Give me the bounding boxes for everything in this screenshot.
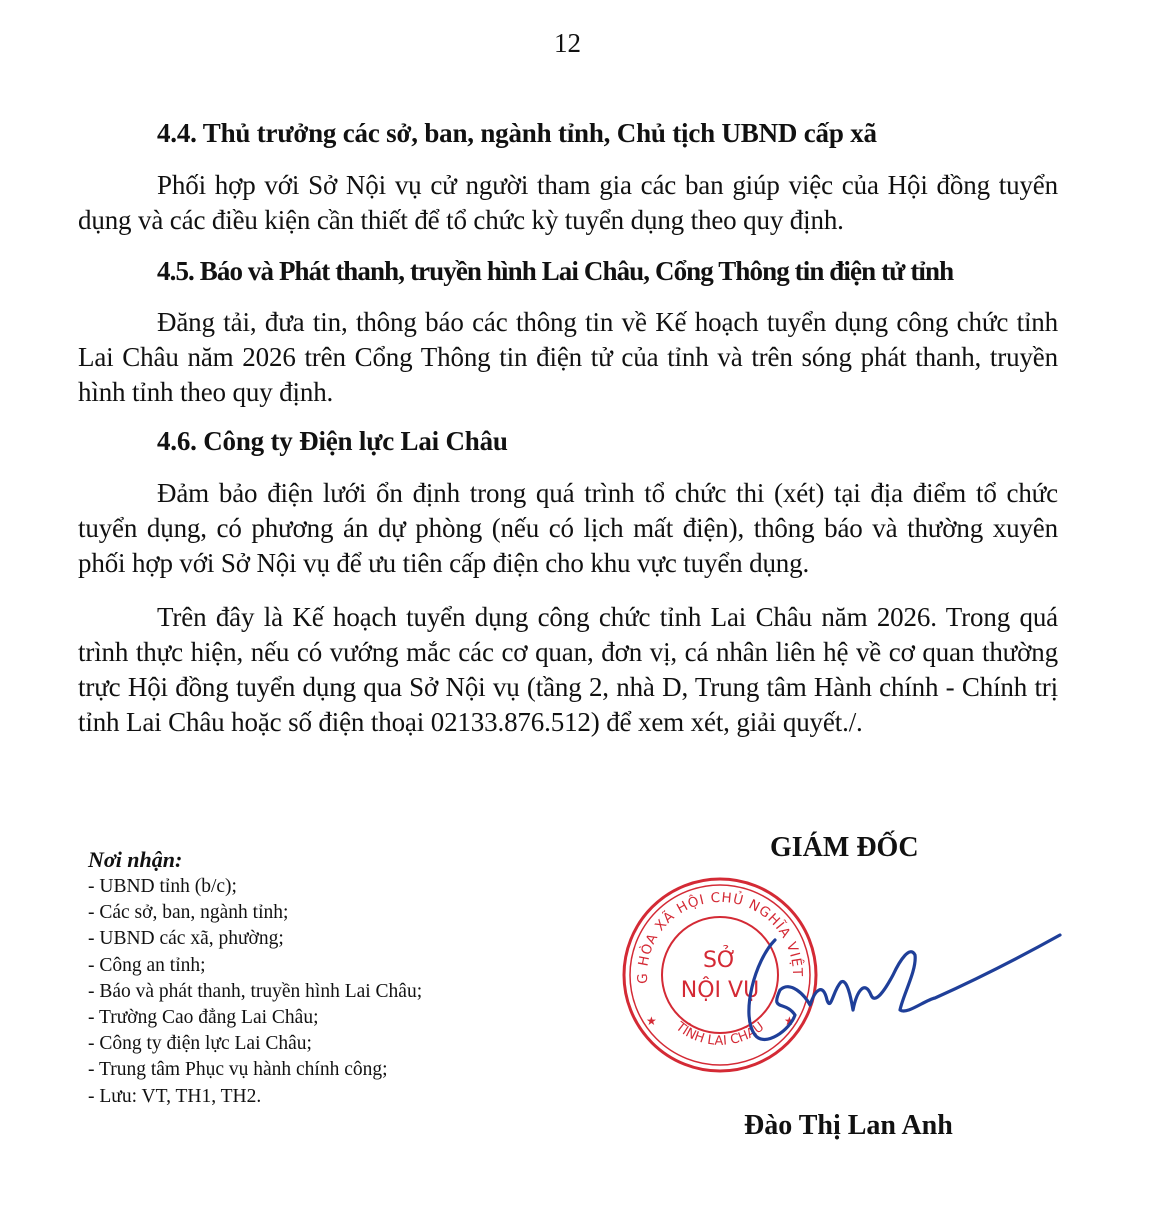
recipients-block: Nơi nhận: - UBND tỉnh (b/c); - Các sở, b…: [88, 846, 422, 1110]
section-heading-4-4: 4.4. Thủ trưởng các sở, ban, ngành tỉnh,…: [157, 118, 877, 149]
handwritten-signature: [735, 920, 1065, 1060]
section-body-4-6: Đảm bảo điện lưới ổn định trong quá trìn…: [78, 476, 1058, 581]
section-body-4-4: Phối hợp với Sở Nội vụ cử người tham gia…: [78, 168, 1058, 238]
recipient-item: - Trường Cao đẳng Lai Châu;: [88, 1005, 422, 1031]
section-heading-4-6: 4.6. Công ty Điện lực Lai Châu: [157, 426, 508, 457]
stamp-center-line1: SỞ: [703, 945, 737, 973]
recipients-title: Nơi nhận:: [88, 846, 422, 874]
recipient-item: - Lưu: VT, TH1, TH2.: [88, 1084, 422, 1110]
signer-title: GIÁM ĐỐC: [770, 832, 919, 864]
star-icon: ★: [646, 1014, 657, 1028]
section-body-4-5: Đăng tải, đưa tin, thông báo các thông t…: [78, 305, 1058, 410]
recipient-item: - Công an tỉnh;: [88, 953, 422, 979]
recipient-item: - UBND tỉnh (b/c);: [88, 874, 422, 900]
section-heading-4-5: 4.5. Báo và Phát thanh, truyền hình Lai …: [157, 256, 953, 287]
recipient-item: - Trung tâm Phục vụ hành chính công;: [88, 1057, 422, 1083]
recipients-list: - UBND tỉnh (b/c); - Các sở, ban, ngành …: [88, 874, 422, 1110]
signer-name: Đào Thị Lan Anh: [744, 1110, 953, 1142]
recipient-item: - Các sở, ban, ngành tỉnh;: [88, 900, 422, 926]
recipient-item: - Báo và phát thanh, truyền hình Lai Châ…: [88, 979, 422, 1005]
page-number: 12: [0, 28, 1135, 59]
recipient-item: - Công ty điện lực Lai Châu;: [88, 1031, 422, 1057]
recipient-item: - UBND các xã, phường;: [88, 926, 422, 952]
closing-paragraph: Trên đây là Kế hoạch tuyển dụng công chứ…: [78, 600, 1058, 740]
